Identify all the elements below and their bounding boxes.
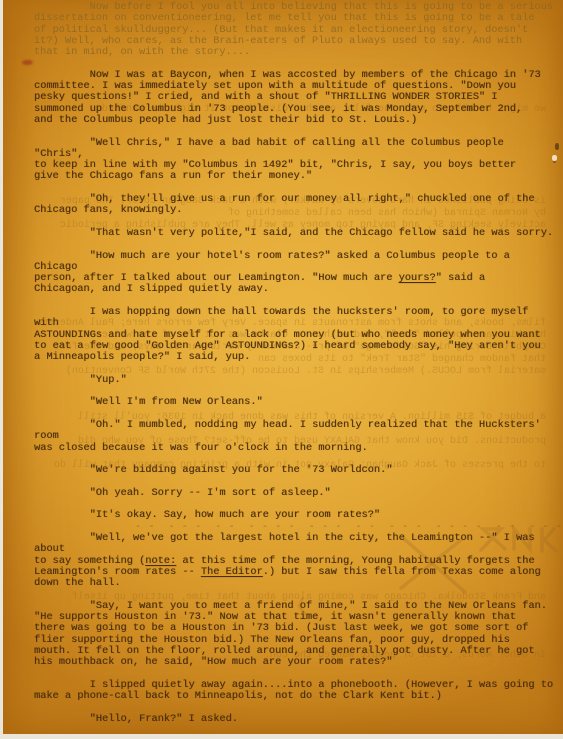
paragraph: "Oh yeah. Sorry -- I'm sort of asleep." (34, 488, 554, 499)
paragraph: "That wasn't very polite,"I said, and th… (34, 228, 554, 239)
paragraph: "Oh." I mumbled, nodding my head. I sudd… (34, 420, 554, 454)
ink-smudge (22, 60, 33, 65)
typed-dash-divider: - - - - - - - - - - - - - - - - - - - - … (135, 521, 563, 533)
paragraph: "Well Chris," I have a bad habit of call… (34, 138, 554, 183)
paragraph: "How much are your hotel's room rates?" … (34, 251, 554, 296)
paper-speck-light (552, 155, 557, 161)
paragraph: "Oh, they'll give us a run for our money… (34, 194, 554, 217)
paper-speck-dark (555, 143, 559, 150)
paragraph: "Well I'm from New Orleans." (34, 397, 554, 408)
paragraph: "Hello, Frank?" I asked. (34, 714, 554, 725)
typewritten-text: Now before I fool you all into believing… (34, 2, 554, 736)
paragraph: "Say, I want you to meet a friend of min… (34, 601, 554, 669)
paragraph: "Yup." (34, 375, 554, 386)
paragraph: I slipped quietly away again....into a p… (34, 680, 554, 703)
paragraph: "We're bidding against you for the '73 W… (34, 465, 554, 476)
paper-sheet: we might be able to rent the film, or wh… (3, 0, 563, 734)
paragraph: I was hopping down the hall towards the … (34, 307, 554, 363)
paragraph: "It's okay. Say, how much are your room … (34, 510, 554, 521)
paragraph: Now I was at Baycon, when I was accosted… (34, 70, 554, 126)
paragraph: "Well, we've got the largest hotel in th… (34, 533, 554, 589)
paragraph: Now before I fool you all into believing… (34, 2, 554, 58)
scanned-page: { "page": { "kind": "typewritten fanzine… (0, 0, 563, 739)
